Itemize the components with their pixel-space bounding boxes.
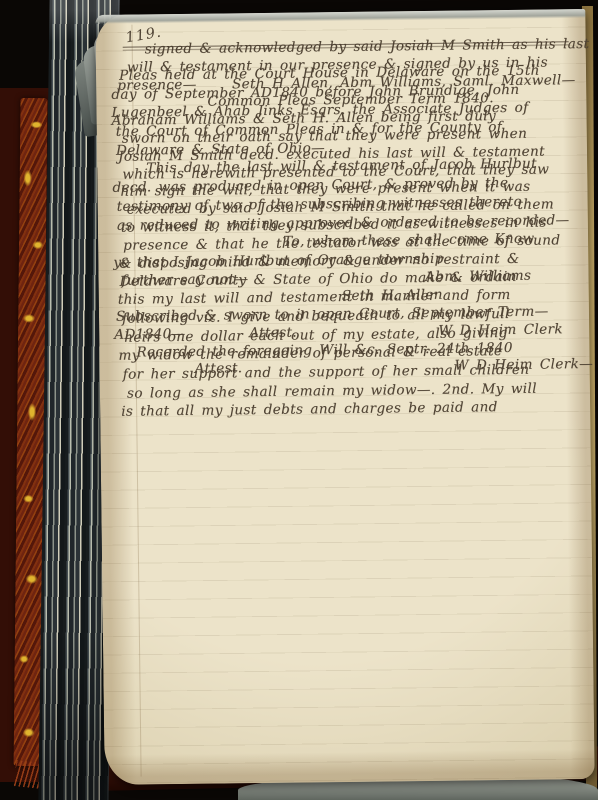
hurlbut-will-section: Pleas held at the Court House in Delawar… — [111, 61, 572, 422]
book-photo: 119. signed & acknowledged by said Josia… — [0, 0, 598, 800]
manuscript-page: 119. signed & acknowledged by said Josia… — [95, 9, 594, 785]
top-fore-edge — [95, 9, 585, 24]
manuscript-content: signed & acknowledged by said Josiah M S… — [111, 36, 575, 67]
